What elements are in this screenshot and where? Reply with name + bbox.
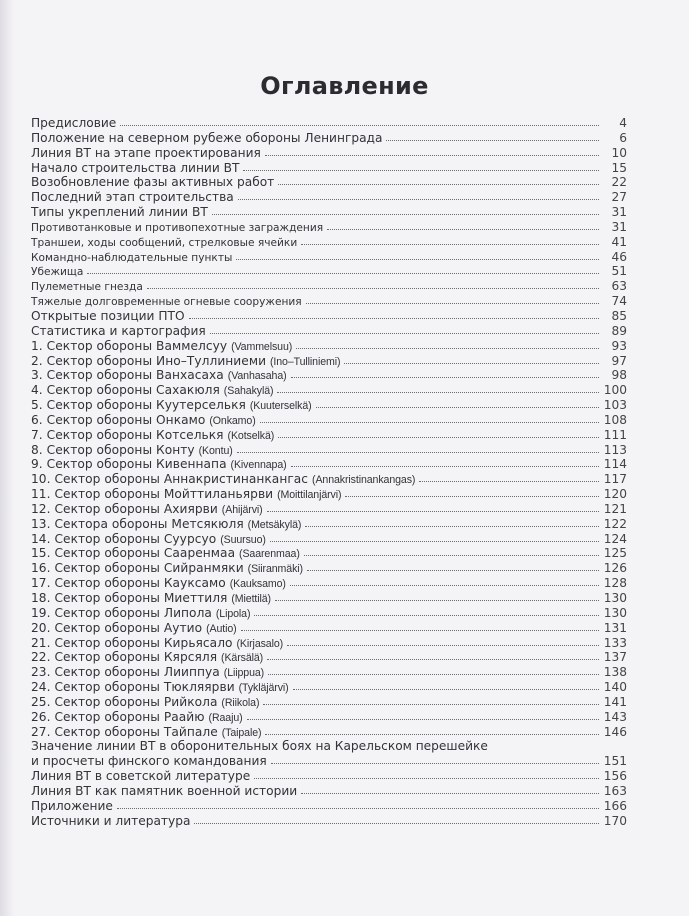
dot-leader bbox=[120, 117, 599, 127]
toc-entry-title: 20. Сектор обороны Аутио (Autio) bbox=[31, 621, 237, 637]
page-number: 74 bbox=[603, 294, 627, 309]
dot-leader bbox=[247, 711, 599, 721]
dot-leader bbox=[265, 147, 599, 157]
toc-entry[interactable]: Пулеметные гнезда63 bbox=[31, 279, 627, 294]
toc-entry[interactable]: Линия ВТ в советской литературе156 bbox=[31, 769, 627, 784]
latin-name: (Saarenmaa) bbox=[239, 548, 300, 560]
page-number: 121 bbox=[603, 502, 627, 517]
sector-number: 27. bbox=[31, 725, 51, 739]
sector-number: 2. bbox=[31, 354, 43, 368]
latin-name: (Annakristinankangas) bbox=[312, 474, 415, 486]
page-number: 108 bbox=[603, 413, 627, 428]
toc-entry-sector[interactable]: 5. Сектор обороны Куутерселькя (Kuuterse… bbox=[31, 398, 627, 413]
dot-leader bbox=[265, 726, 599, 736]
page-number: 130 bbox=[603, 591, 627, 606]
toc-entry-text: Сектор обороны Тюкляярви bbox=[54, 680, 234, 694]
toc-entry-text: Траншеи, ходы сообщений, стрелковые ячей… bbox=[31, 237, 297, 249]
latin-name: (Miettilä) bbox=[231, 593, 271, 605]
toc-entry[interactable]: Типы укреплений линии ВТ31 bbox=[31, 205, 627, 220]
toc-entry-text: Сектор обороны Суурсуо bbox=[54, 532, 216, 546]
page-number: 137 bbox=[603, 650, 627, 665]
toc-entry-title: Убежища bbox=[31, 265, 83, 280]
page-number: 146 bbox=[603, 725, 627, 740]
toc-entry-title: Предисловие bbox=[31, 116, 116, 131]
latin-name: (Onkamo) bbox=[209, 415, 255, 427]
dot-leader bbox=[254, 607, 599, 617]
latin-name: (Kauksamo) bbox=[230, 578, 286, 590]
toc-entry-sector[interactable]: 19. Сектор обороны Липола (Lipola)130 bbox=[31, 606, 627, 621]
latin-name: (Autio) bbox=[206, 623, 237, 635]
toc-entry-text: Убежища bbox=[31, 266, 83, 278]
page-number: 138 bbox=[603, 665, 627, 680]
toc-entry-title: Типы укреплений линии ВТ bbox=[31, 205, 208, 220]
page-number: 130 bbox=[603, 606, 627, 621]
toc-entry-sector[interactable]: 4. Сектор обороны Сахакюля (Sahakylä)100 bbox=[31, 383, 627, 398]
dot-leader bbox=[268, 666, 599, 676]
page-number: 124 bbox=[603, 532, 627, 547]
toc-entry-title: 22. Сектор обороны Кярсяля (Kärsälä) bbox=[31, 650, 263, 666]
toc-entry-text: Сектор обороны Липола bbox=[54, 606, 211, 620]
sector-number: 24. bbox=[31, 680, 51, 694]
toc-entry-title: Командно-наблюдательные пункты bbox=[31, 251, 232, 266]
toc-entry-sector[interactable]: 18. Сектор обороны Миеттиля (Miettilä)13… bbox=[31, 591, 627, 606]
latin-name: (Suursuo) bbox=[220, 534, 266, 546]
sector-number: 19. bbox=[31, 606, 51, 620]
toc-entry-text: Сектор обороны Сийранмяки bbox=[54, 561, 243, 575]
toc-entry-text: Линия ВТ в советской литературе bbox=[31, 769, 250, 783]
dot-leader bbox=[306, 295, 599, 305]
toc-entry[interactable]: Начало строительства линии ВТ15 bbox=[31, 161, 627, 176]
dot-leader bbox=[270, 533, 599, 543]
dot-leader bbox=[278, 176, 599, 186]
sector-number: 25. bbox=[31, 695, 51, 709]
toc-entry[interactable]: Траншеи, ходы сообщений, стрелковые ячей… bbox=[31, 235, 627, 250]
latin-name: (Moittilanjärvi) bbox=[277, 489, 341, 501]
dot-leader bbox=[275, 592, 599, 602]
toc-entry-sector[interactable]: 16. Сектор обороны Сийранмяки (Siiranmäk… bbox=[31, 561, 627, 576]
dot-leader bbox=[87, 265, 599, 275]
toc-entry-title: 24. Сектор обороны Тюкляярви (Tykläjärvi… bbox=[31, 680, 289, 696]
latin-name: (Ahijärvi) bbox=[222, 504, 263, 516]
toc-entry[interactable]: Линия ВТ на этапе проектирования10 bbox=[31, 146, 627, 161]
dot-leader bbox=[236, 251, 599, 261]
toc-entry-title: 9. Сектор обороны Кивеннапа (Kivennapa) bbox=[31, 457, 287, 473]
dot-leader bbox=[296, 340, 599, 350]
sector-number: 14. bbox=[31, 532, 51, 546]
toc-entry[interactable]: Убежища51 bbox=[31, 264, 627, 279]
toc-entry-text: Сектор обороны Сааренмаа bbox=[54, 546, 235, 560]
toc-entry-sector[interactable]: 21. Сектор обороны Кирьясало (Kirjasalo)… bbox=[31, 636, 627, 651]
dot-leader bbox=[278, 429, 599, 439]
toc-entry-sector[interactable]: 15. Сектор обороны Сааренмаа (Saarenmaa)… bbox=[31, 546, 627, 561]
toc-entry-title: 17. Сектор обороны Кауксамо (Kauksamo) bbox=[31, 576, 286, 592]
toc-entry-title: 23. Сектор обороны Лииппуа (Liippua) bbox=[31, 665, 264, 681]
toc-entry-text: Противотанковые и противопехотные заграж… bbox=[31, 222, 323, 234]
sector-number: 5. bbox=[31, 398, 43, 412]
toc-entry-title: 26. Сектор обороны Раайю (Raaju) bbox=[31, 710, 243, 726]
toc-entry[interactable]: Линия ВТ как памятник военной истории163 bbox=[31, 784, 627, 799]
toc-entry[interactable]: Противотанковые и противопехотные заграж… bbox=[31, 220, 627, 235]
dot-leader bbox=[291, 369, 599, 379]
toc-entry-text: Сектор обороны Ванхасаха bbox=[47, 368, 224, 382]
page-number: 143 bbox=[603, 710, 627, 725]
sector-number: 10. bbox=[31, 472, 51, 486]
sector-number: 22. bbox=[31, 650, 51, 664]
dot-leader bbox=[260, 414, 599, 424]
toc-entry-text: Начало строительства линии ВТ bbox=[31, 161, 239, 175]
page-number: 4 bbox=[603, 116, 627, 131]
page-number: 117 bbox=[603, 472, 627, 487]
toc-entry[interactable]: Положение на северном рубеже обороны Лен… bbox=[31, 131, 627, 146]
page-number: 98 bbox=[603, 368, 627, 383]
dot-leader bbox=[241, 622, 599, 632]
toc-entry-title: Начало строительства линии ВТ bbox=[31, 161, 239, 176]
dot-leader bbox=[301, 236, 599, 246]
toc-entry-sector[interactable]: 13. Сектора обороны Метсякюля (Metsäkylä… bbox=[31, 517, 627, 532]
toc-entry-text: Сектор обороны Рийкола bbox=[54, 695, 217, 709]
dot-leader bbox=[287, 637, 599, 647]
toc-entry-text: Линия ВТ на этапе проектирования bbox=[31, 146, 261, 160]
sector-number: 17. bbox=[31, 576, 51, 590]
toc-entry-title: 11. Сектор обороны Мойттиланьярви (Moitt… bbox=[31, 487, 341, 503]
dot-leader bbox=[210, 325, 599, 335]
toc-entry-text: Командно-наблюдательные пункты bbox=[31, 252, 232, 264]
dot-leader bbox=[307, 562, 599, 572]
sector-number: 20. bbox=[31, 621, 51, 635]
toc-entry-title: 5. Сектор обороны Куутерселькя (Kuuterse… bbox=[31, 398, 312, 414]
toc-entry-title: 6. Сектор обороны Онкамо (Onkamo) bbox=[31, 413, 256, 429]
toc-entry-text: Сектора обороны Метсякюля bbox=[54, 517, 243, 531]
toc-entry-sector[interactable]: 22. Сектор обороны Кярсяля (Kärsälä)137 bbox=[31, 650, 627, 665]
toc-entry-title: 18. Сектор обороны Миеттиля (Miettilä) bbox=[31, 591, 271, 607]
dot-leader bbox=[301, 785, 599, 795]
toc-entry-text: Сектор обороны Ахиярви bbox=[54, 502, 217, 516]
page-number: 31 bbox=[603, 205, 627, 220]
toc-entry[interactable]: Возобновление фазы активных работ22 bbox=[31, 175, 627, 190]
latin-name: (Riikola) bbox=[221, 697, 259, 709]
toc-entry-text: Сектор обороны Мойттиланьярви bbox=[54, 487, 273, 501]
page-number: 31 bbox=[603, 220, 627, 235]
toc-entry-title: Источники и литература bbox=[31, 814, 190, 829]
toc-entry-title: 21. Сектор обороны Кирьясало (Kirjasalo) bbox=[31, 636, 283, 652]
toc-entry-text: Типы укреплений линии ВТ bbox=[31, 205, 208, 219]
toc-entry[interactable]: Открытые позиции ПТО85 bbox=[31, 309, 627, 324]
sector-number: 8. bbox=[31, 443, 43, 457]
toc-entry-text: Сектор обороны Тайпале bbox=[54, 725, 217, 739]
dot-leader bbox=[316, 399, 599, 409]
toc-entry-sector[interactable]: 27. Сектор обороны Тайпале (Taipale)146 bbox=[31, 725, 627, 740]
sector-number: 4. bbox=[31, 383, 43, 397]
toc-entry-text: Сектор обороны Кауксамо bbox=[54, 576, 225, 590]
dot-leader bbox=[212, 206, 599, 216]
toc-entry-sector[interactable]: 26. Сектор обороны Раайю (Raaju)143 bbox=[31, 710, 627, 725]
sector-number: 11. bbox=[31, 487, 51, 501]
sector-number: 1. bbox=[31, 339, 43, 353]
page-number: 125 bbox=[603, 546, 627, 561]
sector-number: 3. bbox=[31, 368, 43, 382]
page-number: 128 bbox=[603, 576, 627, 591]
dot-leader bbox=[271, 755, 599, 765]
toc-entry-first-line[interactable]: Значение линии ВТ в оборонительных боях … bbox=[31, 739, 627, 754]
toc-entry[interactable]: Источники и литература170 bbox=[31, 814, 627, 829]
toc-entry-sector[interactable]: 1. Сектор обороны Ваммелсуу (Vammelsuu)9… bbox=[31, 339, 627, 354]
toc-entry-title: 13. Сектора обороны Метсякюля (Metsäkylä… bbox=[31, 517, 301, 533]
page-gutter-shadow bbox=[0, 0, 14, 916]
latin-name: (Kotselkä) bbox=[228, 430, 275, 442]
toc-entry-title: Линия ВТ в советской литературе bbox=[31, 769, 250, 784]
page-number: 51 bbox=[603, 264, 627, 279]
toc-entry-title: Тяжелые долговременные огневые сооружени… bbox=[31, 295, 302, 310]
dot-leader bbox=[419, 473, 599, 483]
toc-entry-text: Сектор обороны Ваммелсуу bbox=[47, 339, 227, 353]
toc-entry-text: Сектор обороны Миеттиля bbox=[54, 591, 227, 605]
toc-entry-text: Сектор обороны Кивеннапа bbox=[47, 457, 227, 471]
sector-number: 13. bbox=[31, 517, 51, 531]
dot-leader bbox=[117, 800, 599, 810]
sector-number: 9. bbox=[31, 457, 43, 471]
page-number: 126 bbox=[603, 561, 627, 576]
dot-leader bbox=[290, 577, 599, 587]
page-number: 131 bbox=[603, 621, 627, 636]
toc-entry-text: Положение на северном рубеже обороны Лен… bbox=[31, 131, 382, 145]
latin-name: (Ino–Tulliniemi) bbox=[270, 356, 340, 368]
page-number: 141 bbox=[603, 695, 627, 710]
toc-entry-title: 8. Сектор обороны Конту (Kontu) bbox=[31, 443, 233, 459]
page-number: 22 bbox=[603, 175, 627, 190]
page-number: 120 bbox=[603, 487, 627, 502]
toc-entry-title: 2. Сектор обороны Ино–Туллиниеми (Ino–Tu… bbox=[31, 354, 340, 370]
toc-entry-text: Сектор обороны Лииппуа bbox=[54, 665, 219, 679]
dot-leader bbox=[291, 458, 599, 468]
toc-entry-title: Противотанковые и противопехотные заграж… bbox=[31, 221, 323, 236]
toc-entry[interactable]: Статистика и картография89 bbox=[31, 324, 627, 339]
latin-name: (Kivennapa) bbox=[231, 459, 287, 471]
latin-name: (Metsäkylä) bbox=[248, 519, 302, 531]
latin-name: (Sahakylä) bbox=[224, 385, 274, 397]
toc-entry-sector[interactable]: 10. Сектор обороны Аннакристинанкангас (… bbox=[31, 472, 627, 487]
toc-entry-sector[interactable]: 6. Сектор обороны Онкамо (Onkamo)108 bbox=[31, 413, 627, 428]
toc-entry-text: Сектор обороны Котселькя bbox=[47, 428, 224, 442]
page-number: 100 bbox=[603, 383, 627, 398]
toc-entry-title: 3. Сектор обороны Ванхасаха (Vanhasaha) bbox=[31, 368, 287, 384]
toc-entry-title: Траншеи, ходы сообщений, стрелковые ячей… bbox=[31, 236, 297, 251]
toc-entry-sector[interactable]: 25. Сектор обороны Рийкола (Riikola)141 bbox=[31, 695, 627, 710]
dot-leader bbox=[305, 518, 599, 528]
sector-number: 15. bbox=[31, 546, 51, 560]
toc-entry-title: Пулеметные гнезда bbox=[31, 280, 143, 295]
dot-leader bbox=[345, 488, 599, 498]
toc-entry-title: 7. Сектор обороны Котселькя (Kotselkä) bbox=[31, 428, 274, 444]
page-number: 133 bbox=[603, 636, 627, 651]
toc-entry-text: Сектор обороны Аутио bbox=[54, 621, 202, 635]
toc-entry[interactable]: Приложение166 bbox=[31, 799, 627, 814]
toc-entry-text: Предисловие bbox=[31, 116, 116, 130]
toc-entry-title: 27. Сектор обороны Тайпале (Taipale) bbox=[31, 725, 261, 741]
toc-entry-sector[interactable]: 7. Сектор обороны Котселькя (Kotselkä)11… bbox=[31, 428, 627, 443]
toc-entry-text: Статистика и картография bbox=[31, 324, 206, 338]
toc-entry-sector[interactable]: 2. Сектор обороны Ино–Туллиниеми (Ino–Tu… bbox=[31, 354, 627, 369]
latin-name: (Kirjasalo) bbox=[236, 638, 283, 650]
toc-entry-text: Возобновление фазы активных работ bbox=[31, 175, 274, 189]
sector-number: 16. bbox=[31, 561, 51, 575]
latin-name: (Kuuterselkä) bbox=[250, 400, 312, 412]
toc-entry-sector[interactable]: 24. Сектор обороны Тюкляярви (Tykläjärvi… bbox=[31, 680, 627, 695]
table-of-contents: Предисловие4Положение на северном рубеже… bbox=[31, 116, 627, 829]
latin-name: (Lipola) bbox=[216, 608, 251, 620]
toc-entry-title: 15. Сектор обороны Сааренмаа (Saarenmaa) bbox=[31, 546, 300, 562]
toc-entry-sector[interactable]: 3. Сектор обороны Ванхасаха (Vanhasaha)9… bbox=[31, 368, 627, 383]
dot-leader bbox=[267, 503, 599, 513]
dot-leader bbox=[189, 310, 599, 320]
toc-entry-title: 1. Сектор обороны Ваммелсуу (Vammelsuu) bbox=[31, 339, 292, 355]
page-number: 41 bbox=[603, 235, 627, 250]
page-number: 46 bbox=[603, 250, 627, 265]
toc-entry-title: 14. Сектор обороны Суурсуо (Suursuo) bbox=[31, 532, 266, 548]
toc-entry-text: и просчеты финского командования bbox=[31, 754, 267, 768]
toc-entry-text: Сектор обороны Аннакристинанкангас bbox=[54, 472, 308, 486]
toc-entry-title: Линия ВТ на этапе проектирования bbox=[31, 146, 261, 161]
toc-entry-text: Сектор обороны Конту bbox=[47, 443, 195, 457]
toc-entry-text: Последний этап строительства bbox=[31, 190, 234, 204]
toc-entry-title: Открытые позиции ПТО bbox=[31, 309, 185, 324]
dot-leader bbox=[293, 681, 599, 691]
toc-entry[interactable]: Тяжелые долговременные огневые сооружени… bbox=[31, 294, 627, 309]
toc-entry-sector[interactable]: 23. Сектор обороны Лииппуа (Liippua)138 bbox=[31, 665, 627, 680]
toc-entry-text: Сектор обороны Кярсяля bbox=[54, 650, 217, 664]
dot-leader bbox=[147, 280, 599, 290]
sector-number: 23. bbox=[31, 665, 51, 679]
page-number: 140 bbox=[603, 680, 627, 695]
toc-entry-title: Возобновление фазы активных работ bbox=[31, 175, 274, 190]
page-number: 103 bbox=[603, 398, 627, 413]
toc-entry-title: Линия ВТ как памятник военной истории bbox=[31, 784, 297, 799]
toc-entry-title: 4. Сектор обороны Сахакюля (Sahakylä) bbox=[31, 383, 273, 399]
sector-number: 6. bbox=[31, 413, 43, 427]
dot-leader bbox=[243, 162, 599, 172]
latin-name: (Kontu) bbox=[199, 445, 233, 457]
page-number: 89 bbox=[603, 324, 627, 339]
toc-entry-title: 19. Сектор обороны Липола (Lipola) bbox=[31, 606, 250, 622]
dot-leader bbox=[304, 547, 599, 557]
toc-entry[interactable]: и просчеты финского командования151 bbox=[31, 754, 627, 769]
toc-entry-sector[interactable]: 8. Сектор обороны Конту (Kontu)113 bbox=[31, 443, 627, 458]
dot-leader bbox=[254, 770, 599, 780]
dot-leader bbox=[194, 815, 599, 825]
page-number: 114 bbox=[603, 457, 627, 472]
page-number: 111 bbox=[603, 428, 627, 443]
toc-entry-sector[interactable]: 20. Сектор обороны Аутио (Autio)131 bbox=[31, 621, 627, 636]
latin-name: (Liippua) bbox=[224, 667, 264, 679]
toc-entry-text: Тяжелые долговременные огневые сооружени… bbox=[31, 296, 302, 308]
page-number: 156 bbox=[603, 769, 627, 784]
dot-leader bbox=[237, 444, 599, 454]
toc-entry-sector[interactable]: 11. Сектор обороны Мойттиланьярви (Moitt… bbox=[31, 487, 627, 502]
page-number: 122 bbox=[603, 517, 627, 532]
toc-entry[interactable]: Предисловие4 bbox=[31, 116, 627, 131]
latin-name: (Vammelsuu) bbox=[231, 341, 292, 353]
toc-entry-text: Приложение bbox=[31, 799, 113, 813]
sector-number: 7. bbox=[31, 428, 43, 442]
dot-leader bbox=[277, 384, 599, 394]
latin-name: (Raaju) bbox=[209, 712, 243, 724]
sector-number: 18. bbox=[31, 591, 51, 605]
sector-number: 26. bbox=[31, 710, 51, 724]
page-number: 10 bbox=[603, 146, 627, 161]
toc-entry-title: 16. Сектор обороны Сийранмяки (Siiranmäk… bbox=[31, 561, 303, 577]
toc-entry-title: Последний этап строительства bbox=[31, 190, 234, 205]
dot-leader bbox=[344, 355, 599, 365]
page-number: 170 bbox=[603, 814, 627, 829]
toc-entry-sector[interactable]: 12. Сектор обороны Ахиярви (Ahijärvi)121 bbox=[31, 502, 627, 517]
toc-entry-title: 25. Сектор обороны Рийкола (Riikola) bbox=[31, 695, 259, 711]
page-number: 93 bbox=[603, 339, 627, 354]
page-number: 166 bbox=[603, 799, 627, 814]
latin-name: (Tykläjärvi) bbox=[239, 682, 289, 694]
dot-leader bbox=[238, 191, 599, 201]
dot-leader bbox=[267, 651, 599, 661]
toc-entry-text: Пулеметные гнезда bbox=[31, 281, 143, 293]
sector-number: 21. bbox=[31, 636, 51, 650]
toc-entry-text: Сектор обороны Ино–Туллиниеми bbox=[47, 354, 266, 368]
toc-entry-sector[interactable]: 17. Сектор обороны Кауксамо (Kauksamo)12… bbox=[31, 576, 627, 591]
toc-entry-text: Сектор обороны Онкамо bbox=[47, 413, 206, 427]
latin-name: (Kärsälä) bbox=[221, 652, 263, 664]
latin-name: (Siiranmäki) bbox=[248, 563, 303, 575]
page-number: 6 bbox=[603, 131, 627, 146]
toc-entry-text: Сектор обороны Сахакюля bbox=[47, 383, 220, 397]
toc-entry-title: 12. Сектор обороны Ахиярви (Ahijärvi) bbox=[31, 502, 263, 518]
page-number: 85 bbox=[603, 309, 627, 324]
toc-entry-title: и просчеты финского командования bbox=[31, 754, 267, 769]
page-number: 97 bbox=[603, 354, 627, 369]
toc-entry-title: Статистика и картография bbox=[31, 324, 206, 339]
page-number: 151 bbox=[603, 754, 627, 769]
toc-entry-title: Приложение bbox=[31, 799, 113, 814]
toc-entry-sector[interactable]: 14. Сектор обороны Суурсуо (Suursuo)124 bbox=[31, 532, 627, 547]
toc-entry-title: 10. Сектор обороны Аннакристинанкангас (… bbox=[31, 472, 415, 488]
dot-leader bbox=[263, 696, 599, 706]
page-number: 63 bbox=[603, 279, 627, 294]
page-number: 27 bbox=[603, 190, 627, 205]
toc-entry-text: Сектор обороны Куутерселькя bbox=[47, 398, 246, 412]
dot-leader bbox=[327, 221, 599, 231]
latin-name: (Taipale) bbox=[222, 727, 262, 739]
toc-entry-title: Положение на северном рубеже обороны Лен… bbox=[31, 131, 382, 146]
page-number: 163 bbox=[603, 784, 627, 799]
toc-entry[interactable]: Последний этап строительства27 bbox=[31, 190, 627, 205]
toc-entry-text: Источники и литература bbox=[31, 814, 190, 828]
toc-entry-sector[interactable]: 9. Сектор обороны Кивеннапа (Kivennapa)1… bbox=[31, 457, 627, 472]
page-number: 15 bbox=[603, 161, 627, 176]
toc-entry[interactable]: Командно-наблюдательные пункты46 bbox=[31, 250, 627, 265]
page-number: 113 bbox=[603, 443, 627, 458]
toc-entry-text: Открытые позиции ПТО bbox=[31, 309, 185, 323]
page-title: Оглавление bbox=[0, 72, 689, 100]
toc-entry-text: Линия ВТ как памятник военной истории bbox=[31, 784, 297, 798]
latin-name: (Vanhasaha) bbox=[228, 370, 287, 382]
sector-number: 12. bbox=[31, 502, 51, 516]
toc-entry-text: Значение линии ВТ в оборонительных боях … bbox=[31, 739, 488, 754]
toc-entry-text: Сектор обороны Раайю bbox=[54, 710, 204, 724]
dot-leader bbox=[386, 132, 599, 142]
toc-entry-text: Сектор обороны Кирьясало bbox=[54, 636, 232, 650]
